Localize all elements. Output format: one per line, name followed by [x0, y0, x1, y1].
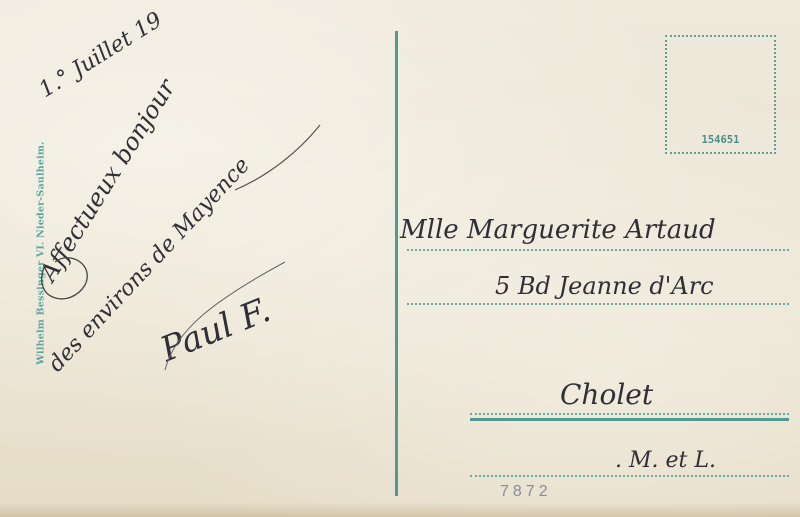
address-line-2: 5 Bd Jeanne d'Arc [495, 272, 714, 300]
pencil-note: 7872 [500, 483, 552, 501]
address-line-3: Cholet [560, 378, 653, 411]
postcard-back: Wilhelm Bessinger VI. Nieder-Saulheim. 1… [0, 0, 800, 517]
pen-flourishes [0, 0, 800, 517]
worn-bottom-edge [0, 502, 800, 517]
address-line-4: . M. et L. [615, 448, 716, 473]
address-line-1: Mlle Marguerite Artaud [400, 215, 716, 245]
